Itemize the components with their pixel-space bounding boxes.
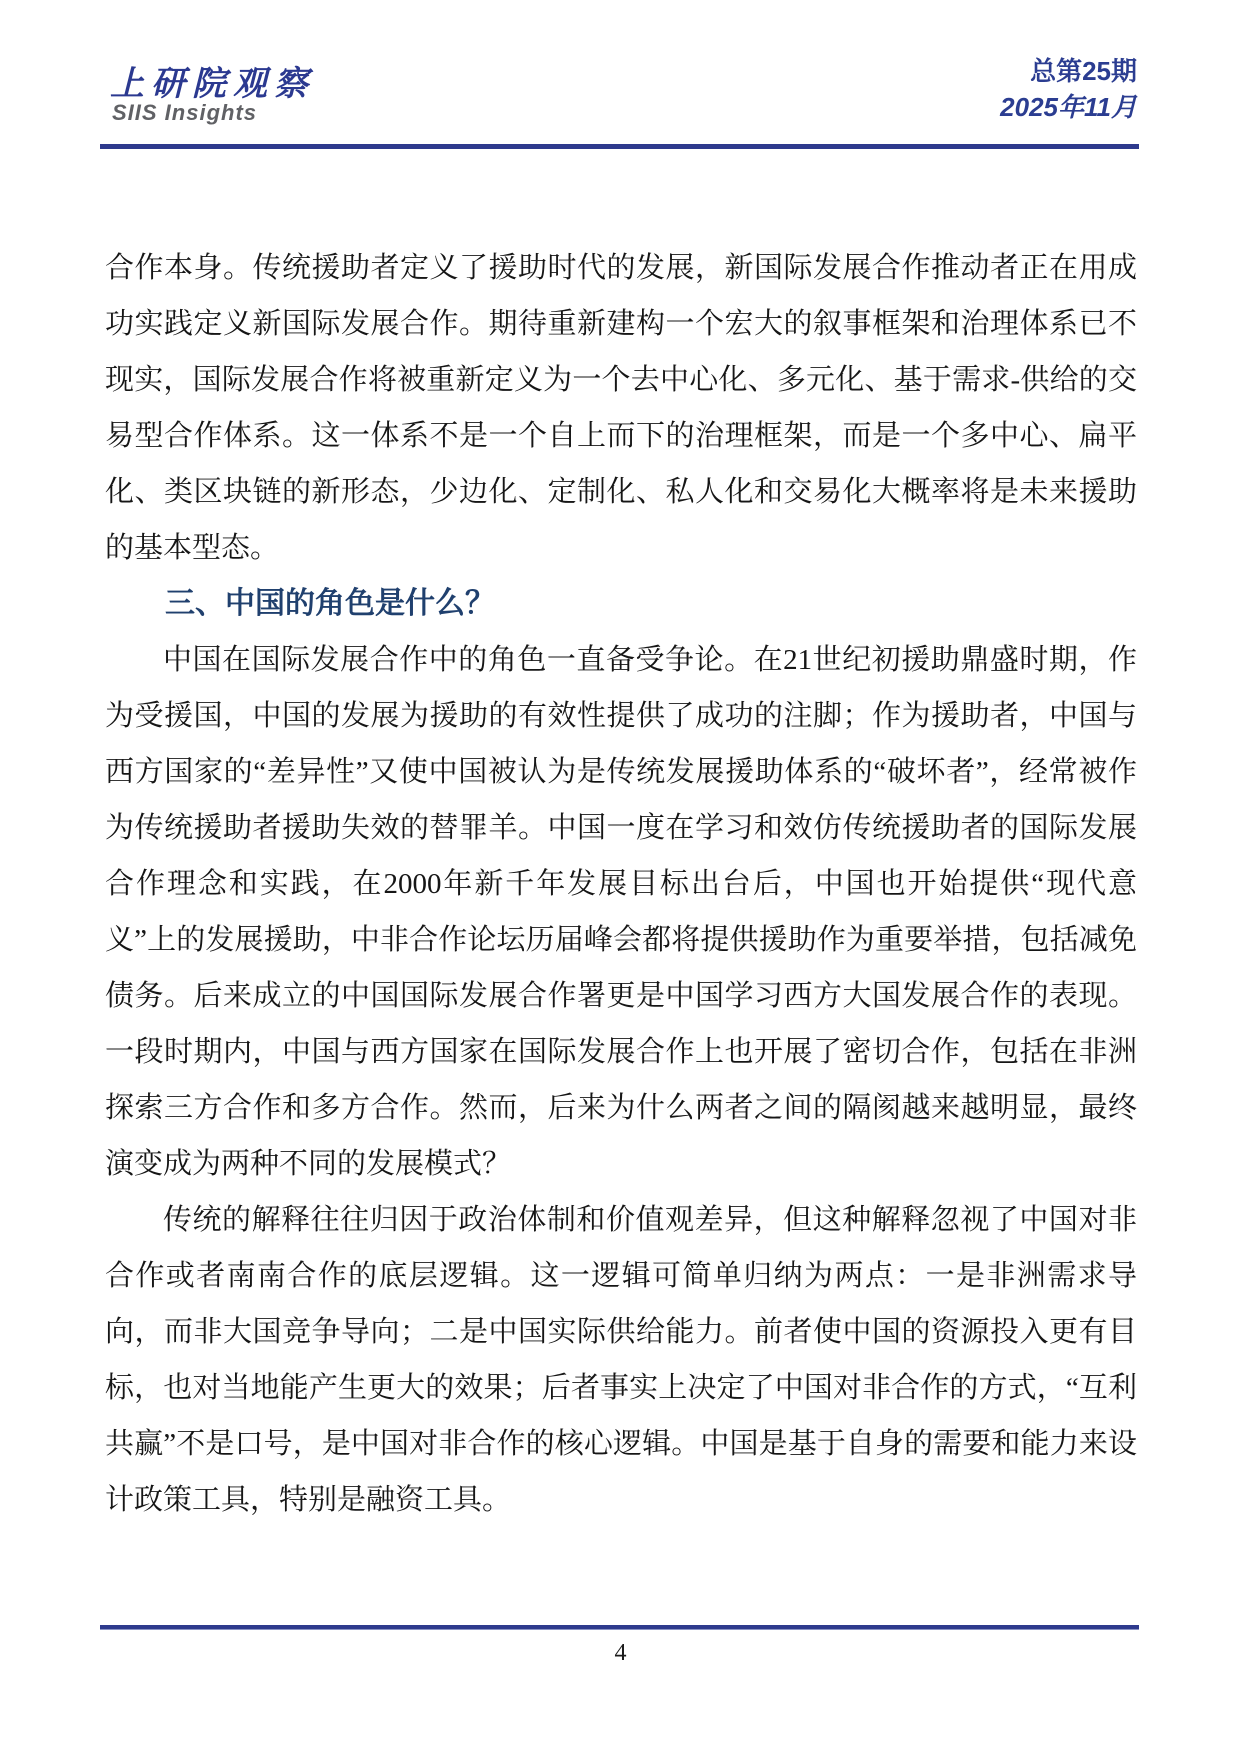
section-heading: 三、中国的角色是什么？: [105, 576, 1137, 632]
document-page: 上研院观察 SIIS Insights 总第25期 2025年11月 合作本身。…: [0, 0, 1241, 1754]
body-paragraph-3: 传统的解释往往归因于政治体制和价值观差异，但这种解释忽视了中国对非合作或者南南合…: [105, 1192, 1137, 1528]
body-paragraph-1: 合作本身。传统援助者定义了援助时代的发展，新国际发展合作推动者正在用成功实践定义…: [105, 240, 1137, 576]
issue-date: 2025年11月: [1000, 94, 1137, 120]
footer-rule: [100, 1625, 1139, 1630]
issue-number: 总第25期: [1000, 58, 1137, 84]
header-rule: [100, 144, 1139, 149]
page-number: 4: [0, 1640, 1241, 1667]
body-paragraph-2: 中国在国际发展合作中的角色一直备受争论。在21世纪初援助鼎盛时期，作为受援国，中…: [105, 632, 1137, 1192]
publication-logo-english: SIIS Insights: [112, 100, 257, 126]
publication-logo-chinese: 上研院观察: [110, 56, 315, 105]
body-content: 合作本身。传统援助者定义了援助时代的发展，新国际发展合作推动者正在用成功实践定义…: [105, 240, 1137, 1528]
header-issue-block: 总第25期 2025年11月: [1000, 58, 1137, 120]
